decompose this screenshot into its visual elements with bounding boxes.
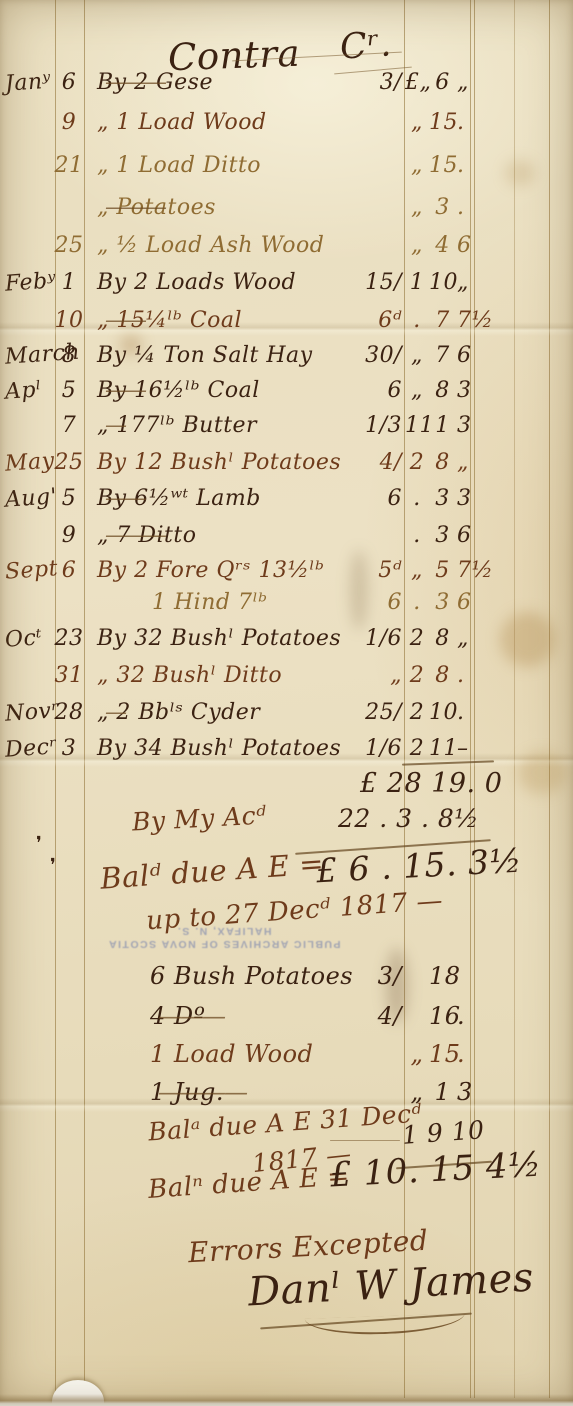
ledger-row: „ Potatoes——— „ 3 . — [0, 195, 573, 233]
entry-shillings: 6 — [429, 70, 456, 95]
entry-pence: 6 — [457, 343, 489, 368]
entry-pence: „ — [457, 450, 489, 475]
entry-pounds: 2 — [405, 626, 429, 651]
entry-unit-price: 30/ — [318, 343, 402, 368]
ledger-row: Apˡ 5 By 16½ˡᵇ Coal—— 6 „ 8 3 — [0, 378, 573, 416]
entry-unit-price: 5ᵈ — [318, 558, 402, 583]
entry-shillings: 1 — [429, 1078, 456, 1106]
entry-pounds: „ — [405, 558, 429, 583]
entry-unit-price: 4/ — [318, 450, 402, 475]
entry-pence: 6 — [457, 523, 489, 548]
entry-month: Ocᵗ — [4, 624, 58, 653]
entry-unit-price: 15/ — [318, 270, 402, 295]
entry-pence: 7½ — [457, 558, 489, 583]
entry-pounds: 11 — [405, 413, 429, 438]
ledger-row: 25 „ ½ Load Ash Wood „ 4 6 — [0, 233, 573, 271]
entry-pence: 3 — [457, 413, 489, 438]
entry-unit-price: 4/ — [318, 1002, 402, 1030]
entry-day: 5 — [53, 378, 85, 403]
ledger-row: 4 Dº——— 4/ 16 . — [0, 1002, 573, 1040]
entry-shillings: 3 — [429, 486, 456, 511]
entry-month: Janʸ — [4, 68, 58, 97]
entry-month: Decʳ — [4, 734, 58, 763]
ledger-row: 21 „ 1 Load Ditto „ 15 . — [0, 153, 573, 191]
leader-dash: ——— — [105, 195, 165, 220]
entry-text: „ 1 Load Ditto — [97, 153, 261, 178]
entry-month: Aug' — [4, 484, 58, 513]
entry-shillings: 18 — [429, 962, 456, 990]
entry-shillings: 15 — [429, 1040, 456, 1068]
entry-day: 25 — [53, 450, 85, 475]
entry-shillings: 8 — [429, 663, 456, 688]
entry-month — [5, 151, 57, 155]
entry-pence: „ — [457, 70, 489, 95]
ledger-row: May 25 By 12 Bushˡ Potatoes 4/ 2 8 „ — [0, 450, 573, 488]
leader-dash: ———— — [158, 1078, 246, 1106]
leader-dash: —— — [105, 486, 145, 511]
entry-day: 7 — [53, 413, 85, 438]
ledger-row: Aug' 5 By 6½ʷᵗ Lamb—— 6 . 3 3 — [0, 486, 573, 524]
entry-pounds: . — [405, 308, 429, 333]
entry-text: „ ½ Load Ash Wood — [97, 233, 324, 258]
entry-day: 9 — [53, 523, 85, 548]
entry-pounds: . — [405, 590, 429, 615]
entry-pounds: „ — [405, 343, 429, 368]
leader-dash: —— — [105, 378, 145, 403]
entry-shillings: 8 — [429, 626, 456, 651]
final-balance-value: £ 10. 15 4½ — [329, 1144, 542, 1195]
entry-month: May — [4, 448, 58, 477]
archives-stamp: PUBLIC ARCHIVES OF NOVA SCOTIA HALIFAX, … — [100, 924, 348, 950]
entry-pounds: 2 — [405, 450, 429, 475]
stamp-line-2: HALIFAX, N. S. — [100, 924, 348, 937]
entry-month: Novʳ — [4, 698, 58, 727]
entry-text: By 2 Loads Wood — [97, 270, 296, 295]
entry-day: 10 — [53, 308, 85, 333]
dash-rule — [330, 1140, 400, 1141]
entry-pounds: „ — [405, 1040, 429, 1068]
stamp-line-1: PUBLIC ARCHIVES OF NOVA SCOTIA — [100, 937, 348, 950]
entry-pence: 3 — [457, 1078, 489, 1106]
entry-month: March — [4, 341, 58, 370]
entry-text: „ 1 Load Wood — [97, 110, 267, 135]
ledger-row: 31 „ 32 Bushˡ Ditto „ 2 8 . — [0, 663, 573, 701]
ledger-row: 1 Hind 7ˡᵇ 6 . 3 6 — [0, 590, 573, 628]
ledger-row: March 8 By ¼ Ton Salt Hay 30/ „ 7 6 — [0, 343, 573, 381]
entry-day: 5 — [53, 486, 85, 511]
entry-shillings: 8 — [429, 450, 456, 475]
ledger-row: 9 „ 1 Load Wood „ 15 . — [0, 110, 573, 148]
entry-day: 9 — [53, 110, 85, 135]
entry-text: By 2 Fore Qʳˢ 13½ˡᵇ — [97, 558, 324, 583]
entry-day: 23 — [53, 626, 85, 651]
entry-pence: 7½ — [457, 308, 489, 333]
balance-due-value: £ 6 . 15. 3½ — [315, 841, 523, 891]
entry-day: 25 — [53, 233, 85, 258]
entry-unit-price: 6 — [318, 486, 402, 511]
signature-flourish — [305, 1313, 466, 1337]
entry-pence: . — [457, 1040, 489, 1068]
by-my-account-label: By My Acᵈ — [131, 800, 267, 836]
entry-pence: . — [457, 663, 489, 688]
ledger-row: Novʳ 28 „ 2 Bbˡˢ Cyder— 25/ 2 10 . — [0, 700, 573, 738]
by-my-account-value: 22 . 3 . 8½ — [338, 804, 479, 833]
entry-pounds: 2 — [405, 663, 429, 688]
final-balance-label: Balⁿ due A E = — [147, 1161, 350, 1205]
ledger-row: 7 „ 177ˡᵇ Butter— 1/3 11 1 3 — [0, 413, 573, 451]
ink-blot: ❜ — [36, 833, 42, 854]
entry-shillings: 1 — [429, 413, 456, 438]
entry-pence: 3 — [457, 378, 489, 403]
entry-shillings: 5 — [429, 558, 456, 583]
ledger-page-scan: ❜ ❜ Contra Cʳ. Janʸ 6 By 2 Gese——— 3/ £„… — [0, 0, 573, 1406]
entry-pence: . — [457, 1002, 489, 1030]
balance-due-label: Balᵈ due A E = — [99, 846, 325, 896]
entry-pounds: 2 — [405, 700, 429, 725]
ledger-row: Ocᵗ 23 By 32 Bushˡ Potatoes 1/6 2 8 „ — [0, 626, 573, 664]
entry-shillings: 11 — [429, 736, 456, 761]
ink-blot: ❜ — [50, 855, 56, 876]
entry-month — [5, 1000, 57, 1004]
entry-day: 28 — [53, 700, 85, 725]
leader-dash: ——— — [105, 523, 165, 548]
entry-shillings: 10 — [429, 270, 456, 295]
ledger-row: Febʸ 1 By 2 Loads Wood 15/ 1 10 „ — [0, 270, 573, 308]
leader-dash: ——— — [158, 1002, 224, 1030]
entry-unit-price: 6ᵈ — [318, 308, 402, 333]
entry-unit-price: 25/ — [318, 700, 402, 725]
entry-month — [5, 108, 57, 112]
entry-pounds: 1 — [405, 270, 429, 295]
ledger-row: 9 „ 7 Ditto——— . 3 6 — [0, 523, 573, 561]
entry-text: By 12 Bushˡ Potatoes — [97, 450, 341, 475]
entry-shillings: 10 — [429, 700, 456, 725]
entry-pence: 6 — [457, 233, 489, 258]
entry-month: Sept — [4, 556, 58, 585]
entry-pence: 3 — [457, 486, 489, 511]
entry-shillings: 15 — [429, 153, 456, 178]
entry-shillings: 7 — [429, 343, 456, 368]
credit-heading: Cʳ. — [339, 24, 393, 67]
entry-pounds: „ — [405, 153, 429, 178]
entry-shillings: 3 — [429, 523, 456, 548]
entry-pounds: . — [405, 523, 429, 548]
entry-text: By 34 Bushˡ Potatoes — [97, 736, 341, 761]
entry-shillings: 7 — [429, 308, 456, 333]
entry-pence: „ — [457, 270, 489, 295]
entry-pounds: „ — [405, 233, 429, 258]
paper-bottom-edge — [0, 1394, 573, 1406]
entry-shillings: 3 — [429, 195, 456, 220]
leader-dash: —— — [105, 308, 145, 333]
leader-dash: — — [105, 700, 125, 725]
ledger-row: 10 „ 15¼ˡᵇ Coal—— 6ᵈ . 7 7½ — [0, 308, 573, 346]
entry-day: 21 — [53, 153, 85, 178]
entry-pence: . — [457, 153, 489, 178]
entry-unit-price: 1/3 — [318, 413, 402, 438]
entry-day: 6 — [53, 70, 85, 95]
entry-pounds: „ — [405, 195, 429, 220]
balance-1817-value: 1 9 10 — [401, 1115, 485, 1150]
entry-month: Apˡ — [4, 376, 58, 405]
entry-unit-price: 6 — [318, 378, 402, 403]
entry-pence: „ — [457, 626, 489, 651]
entry-shillings: 3 — [429, 590, 456, 615]
entry-month — [5, 960, 57, 964]
entry-day: 31 — [53, 663, 85, 688]
entry-text: 1 Hind 7ˡᵇ — [152, 590, 268, 615]
entry-shillings: 16 — [429, 1002, 456, 1030]
entry-pounds: £„ — [405, 70, 429, 95]
entry-unit-price: „ — [318, 663, 402, 688]
entry-pounds: „ — [405, 378, 429, 403]
entry-pence: . — [457, 195, 489, 220]
ledger-row: Janʸ 6 By 2 Gese——— 3/ £„ 6 „ — [0, 70, 573, 108]
entry-text: By ¼ Ton Salt Hay — [97, 343, 313, 368]
entry-pounds: 2 — [405, 736, 429, 761]
entry-unit-price: 3/ — [318, 962, 402, 990]
entry-day: 3 — [53, 736, 85, 761]
entry-pounds: . — [405, 486, 429, 511]
ledger-row: 6 Bush Potatoes 3/ 18 — [0, 962, 573, 1000]
entry-pounds: „ — [405, 110, 429, 135]
entry-shillings: 8 — [429, 378, 456, 403]
entry-pence: . — [457, 110, 489, 135]
leader-dash: — — [105, 413, 125, 438]
entry-unit-price: 1/6 — [318, 626, 402, 651]
entry-day: 8 — [53, 343, 85, 368]
ledger-row: 1 Load Wood „ 15 . — [0, 1040, 573, 1078]
entry-pence: – — [457, 736, 489, 761]
entry-day: 6 — [53, 558, 85, 583]
entry-month: Febʸ — [4, 268, 58, 297]
entry-text: „ 32 Bushˡ Ditto — [97, 663, 282, 688]
entry-pence: 6 — [457, 590, 489, 615]
entry-pence: . — [457, 700, 489, 725]
entry-text: By 32 Bushˡ Potatoes — [97, 626, 341, 651]
entry-month — [5, 193, 57, 197]
entry-unit-price: 1/6 — [318, 736, 402, 761]
leader-dash: ——— — [105, 70, 165, 95]
entry-day: 1 — [53, 270, 85, 295]
entry-unit-price: 3/ — [318, 70, 402, 95]
entry-text: 1 Load Wood — [150, 1040, 313, 1068]
entry-shillings: 15 — [429, 110, 456, 135]
entry-unit-price: 6 — [318, 590, 402, 615]
total-amount: £ 28 19. 0 — [360, 768, 502, 799]
entry-shillings: 4 — [429, 233, 456, 258]
